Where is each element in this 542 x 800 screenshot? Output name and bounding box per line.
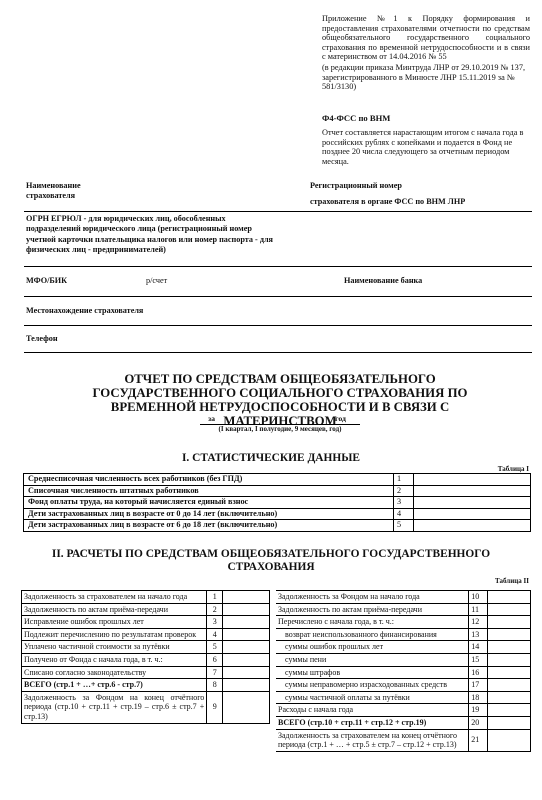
row-value-cell[interactable] xyxy=(414,520,531,532)
table-row: Уплачено частичной стоимости за путёвки5 xyxy=(22,641,270,654)
row-number: 18 xyxy=(469,691,488,704)
row-number: 2 xyxy=(394,485,414,497)
row-number: 12 xyxy=(469,616,488,629)
table-row: Среднесписочная численность всех работни… xyxy=(24,474,531,486)
row-number: 4 xyxy=(207,628,223,641)
row-value-cell[interactable] xyxy=(414,474,531,486)
row-label: Задолженность по актам приёма-передачи xyxy=(276,603,469,616)
calculations-table-right: Задолженность за Фондом на начало года10… xyxy=(276,590,531,752)
row-value-cell[interactable] xyxy=(414,508,531,520)
row-value-cell[interactable] xyxy=(223,628,270,641)
row-value-cell[interactable] xyxy=(488,641,531,654)
table-row: Дети застрахованных лиц в возрасте от 6 … xyxy=(24,520,531,532)
row-number: 1 xyxy=(207,591,223,604)
ogrn-label: ОГРН ЕГРЮЛ - для юридических лиц, обособ… xyxy=(26,214,276,256)
table-row: Дети застрахованных лиц в возрасте от 0 … xyxy=(24,508,531,520)
row-number: 14 xyxy=(469,641,488,654)
form-note: Отчет составляется нарастающим итогом с … xyxy=(322,128,534,166)
row-value-cell[interactable] xyxy=(488,666,531,679)
section1-title: I. СТАТИСТИЧЕСКИЕ ДАННЫЕ xyxy=(0,452,542,464)
period-suffix: год xyxy=(335,414,346,424)
row-number: 5 xyxy=(394,520,414,532)
row-value-cell[interactable] xyxy=(488,616,531,629)
table-row: ВСЕГО (стр.1 + …+ стр.6 - стр.7)8 xyxy=(22,679,270,692)
table-row: Задолженность за Фондом на конец отчётно… xyxy=(22,691,270,723)
row-number: 21 xyxy=(469,729,488,751)
table-row: Задолженность по актам приёма-передачи2 xyxy=(22,603,270,616)
location-label: Местонахождение страхователя xyxy=(26,306,143,316)
table-row: ВСЕГО (стр.10 + стр.11 + стр.12 + стр.19… xyxy=(276,716,531,729)
table-row: Фонд оплаты труда, на который начисляетс… xyxy=(24,497,531,509)
appendix-text: Приложение №1 к Порядку формирования и п… xyxy=(322,14,530,62)
appendix-reference: Приложение №1 к Порядку формирования и п… xyxy=(322,14,530,92)
row-label: Получено от Фонда с начала года, в т. ч.… xyxy=(22,653,207,666)
reg-number-label-2: страхователя в органе ФСС по ВНМ ЛНР xyxy=(310,197,465,207)
location-field[interactable] xyxy=(24,325,532,326)
row-number: 7 xyxy=(207,666,223,679)
row-label: Задолженность за страхователем на начало… xyxy=(22,591,207,604)
row-label: суммы пени xyxy=(276,653,469,666)
row-value-cell[interactable] xyxy=(223,653,270,666)
row-number: 2 xyxy=(207,603,223,616)
row-number: 10 xyxy=(469,591,488,604)
appendix-edition: (в редакции приказа Минтруда ЛНР от 29.1… xyxy=(322,63,530,92)
row-number: 20 xyxy=(469,716,488,729)
table-row: возврат неиспользованного финансирования… xyxy=(276,628,531,641)
row-value-cell[interactable] xyxy=(223,666,270,679)
row-label: Задолженность за страхователем на конец … xyxy=(276,729,469,751)
row-label: суммы неправомерно израсходованных средс… xyxy=(276,679,469,692)
row-label: Задолженность по актам приёма-передачи xyxy=(22,603,207,616)
table-row: Задолженность за страхователем на начало… xyxy=(22,591,270,604)
row-number: 3 xyxy=(394,497,414,509)
bank-details-field[interactable] xyxy=(24,296,532,297)
row-label: ВСЕГО (стр.10 + стр.11 + стр.12 + стр.19… xyxy=(276,716,469,729)
account-label: р/счет xyxy=(146,276,167,286)
insurer-name-field[interactable] xyxy=(24,211,532,212)
row-number: 9 xyxy=(207,691,223,723)
row-value-cell[interactable] xyxy=(488,679,531,692)
row-value-cell[interactable] xyxy=(488,603,531,616)
table-row: Задолженность за страхователем на конец … xyxy=(276,729,531,751)
table-row: Получено от Фонда с начала года, в т. ч.… xyxy=(22,653,270,666)
bank-label: Наименование банка xyxy=(344,276,422,286)
row-value-cell[interactable] xyxy=(414,497,531,509)
row-label: Задолженность за Фондом на начало года xyxy=(276,591,469,604)
phone-field[interactable] xyxy=(24,352,532,353)
reg-number-label-1: Регистрационный номер xyxy=(310,181,402,191)
row-label: суммы частичной оплаты за путёвки xyxy=(276,691,469,704)
row-number: 3 xyxy=(207,616,223,629)
report-period: за год (I квартал, I полугодие, 9 месяце… xyxy=(200,414,360,434)
insurer-name-label: Наименование страхователя xyxy=(26,181,106,202)
statistics-table: Среднесписочная численность всех работни… xyxy=(23,473,531,532)
row-label: возврат неиспользованного финансирования xyxy=(276,628,469,641)
row-value-cell[interactable] xyxy=(223,641,270,654)
row-number: 17 xyxy=(469,679,488,692)
table-row: Задолженность за Фондом на начало года10 xyxy=(276,591,531,604)
row-label: Перечислено с начала года, в т. ч.: xyxy=(276,616,469,629)
row-number: 16 xyxy=(469,666,488,679)
period-field[interactable] xyxy=(215,414,335,424)
ogrn-field[interactable] xyxy=(24,266,532,267)
row-label: Подлежит перечислению по результатам про… xyxy=(22,628,207,641)
row-label: Списочная численность штатных работников xyxy=(24,485,394,497)
table1-caption: Таблица I xyxy=(498,465,529,473)
row-value-cell[interactable] xyxy=(488,628,531,641)
row-number: 15 xyxy=(469,653,488,666)
row-label: Дети застрахованных лиц в возрасте от 6 … xyxy=(24,520,394,532)
phone-label: Телефон xyxy=(26,334,58,344)
table-row: Задолженность по актам приёма-передачи11 xyxy=(276,603,531,616)
row-number: 1 xyxy=(394,474,414,486)
calculations-table-left: Задолженность за страхователем на начало… xyxy=(21,590,270,724)
mfo-label: МФО/БИК xyxy=(26,276,67,286)
row-number: 5 xyxy=(207,641,223,654)
row-label: Исправление ошибок прошлых лет xyxy=(22,616,207,629)
table-row: Списочная численность штатных работников… xyxy=(24,485,531,497)
row-value-cell[interactable] xyxy=(488,591,531,604)
row-label: Списано согласно законодательству xyxy=(22,666,207,679)
period-prefix: за xyxy=(208,414,215,424)
table-row: суммы штрафов16 xyxy=(276,666,531,679)
row-label: ВСЕГО (стр.1 + …+ стр.6 - стр.7) xyxy=(22,679,207,692)
row-label: Фонд оплаты труда, на который начисляетс… xyxy=(24,497,394,509)
row-number: 6 xyxy=(207,653,223,666)
table-row: Списано согласно законодательству7 xyxy=(22,666,270,679)
row-label: Расходы с начала года xyxy=(276,704,469,717)
row-value-cell[interactable] xyxy=(223,691,270,723)
row-number: 19 xyxy=(469,704,488,717)
row-number: 4 xyxy=(394,508,414,520)
table2-caption: Таблица II xyxy=(495,577,529,585)
row-label: Задолженность за Фондом на конец отчётно… xyxy=(22,691,207,723)
row-value-cell[interactable] xyxy=(488,691,531,704)
row-value-cell[interactable] xyxy=(488,729,531,751)
period-hint: (I квартал, I полугодие, 9 месяцев, год) xyxy=(200,425,360,434)
table-row: суммы неправомерно израсходованных средс… xyxy=(276,679,531,692)
row-label: Дети застрахованных лиц в возрасте от 0 … xyxy=(24,508,394,520)
row-label: суммы штрафов xyxy=(276,666,469,679)
row-value-cell[interactable] xyxy=(414,485,531,497)
form-code: Ф4-ФСС по ВНМ xyxy=(322,113,390,123)
row-number: 11 xyxy=(469,603,488,616)
table-row: суммы пени15 xyxy=(276,653,531,666)
row-value-cell[interactable] xyxy=(223,616,270,629)
table-row: Перечислено с начала года, в т. ч.:12 xyxy=(276,616,531,629)
row-value-cell[interactable] xyxy=(488,716,531,729)
row-label: Уплачено частичной стоимости за путёвки xyxy=(22,641,207,654)
row-value-cell[interactable] xyxy=(223,603,270,616)
row-value-cell[interactable] xyxy=(488,653,531,666)
row-value-cell[interactable] xyxy=(223,679,270,692)
table-row: Расходы с начала года19 xyxy=(276,704,531,717)
row-number: 8 xyxy=(207,679,223,692)
row-value-cell[interactable] xyxy=(488,704,531,717)
row-value-cell[interactable] xyxy=(223,591,270,604)
table-row: суммы ошибок прошлых лет14 xyxy=(276,641,531,654)
row-label: суммы ошибок прошлых лет xyxy=(276,641,469,654)
table-row: Подлежит перечислению по результатам про… xyxy=(22,628,270,641)
row-number: 13 xyxy=(469,628,488,641)
table-row: суммы частичной оплаты за путёвки18 xyxy=(276,691,531,704)
row-label: Среднесписочная численность всех работни… xyxy=(24,474,394,486)
table-row: Исправление ошибок прошлых лет3 xyxy=(22,616,270,629)
section2-title: II. РАСЧЕТЫ ПО СРЕДСТВАМ ОБЩЕОБЯЗАТЕЛЬНО… xyxy=(30,548,512,573)
